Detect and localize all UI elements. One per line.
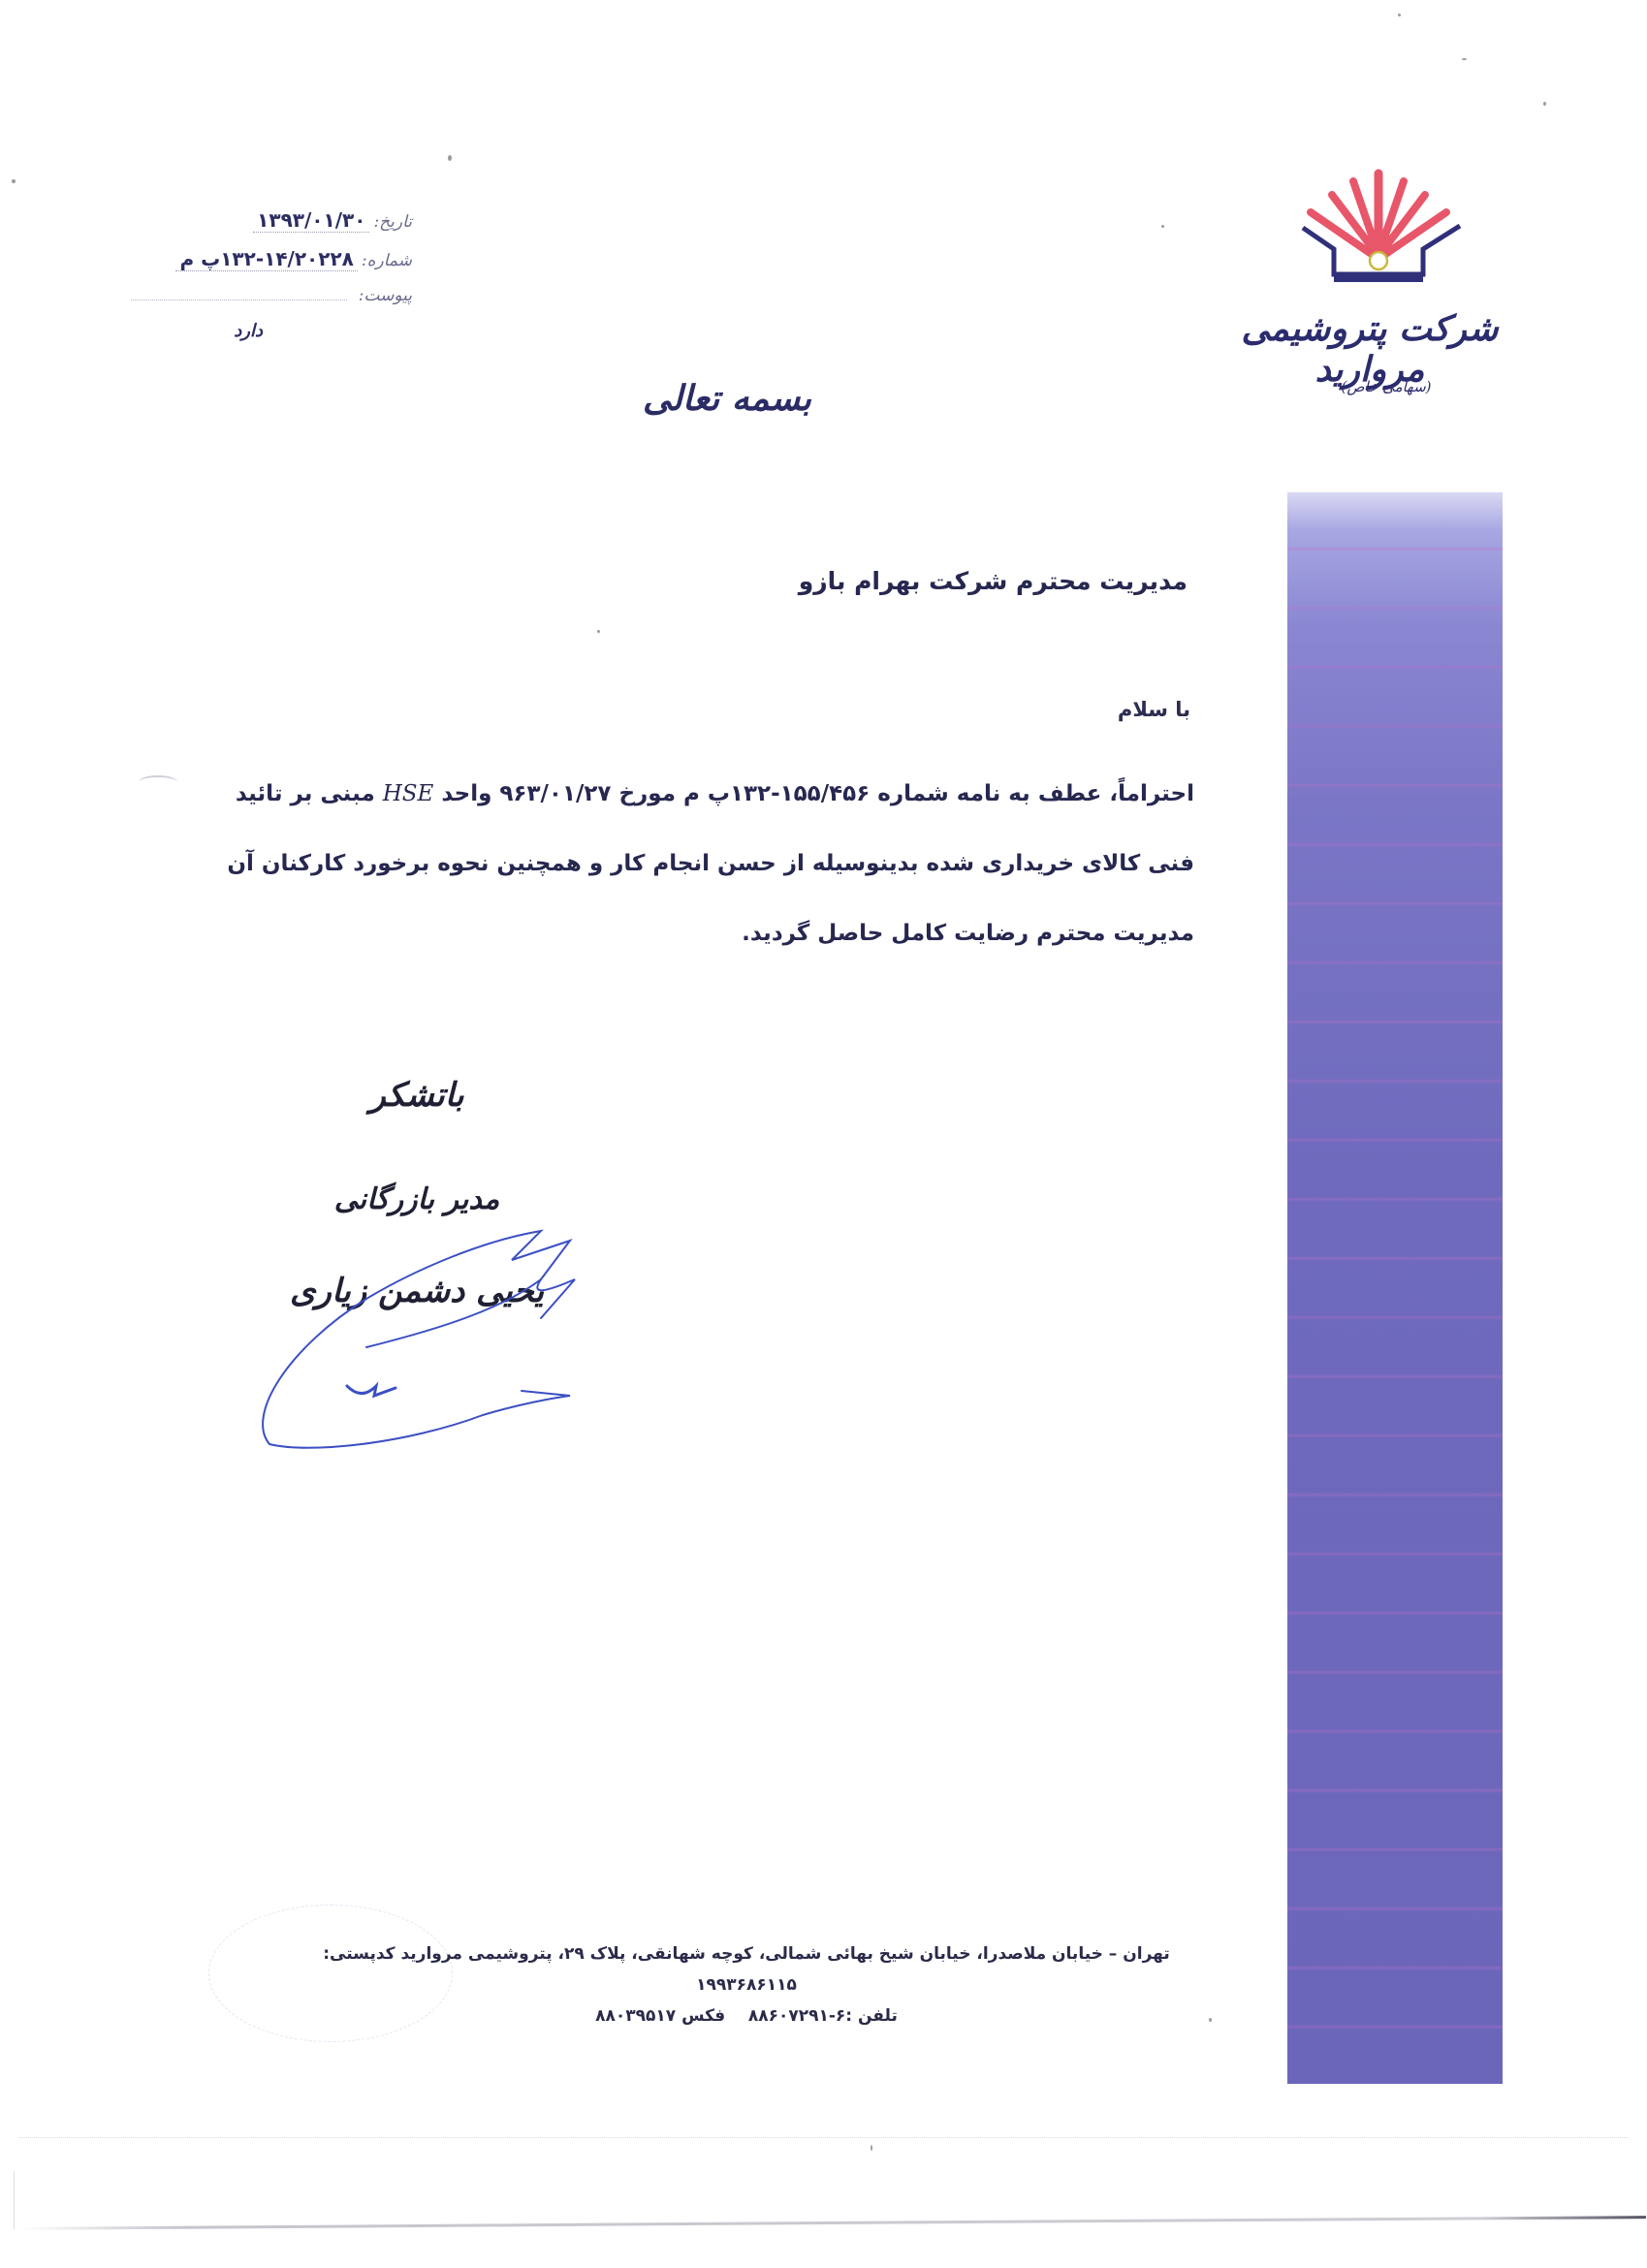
attachment-value: دارد (230, 321, 267, 341)
letter-body: احتراماً، عطف به نامه شماره ۱۵۵/۴۵۶-۱۳۲پ… (225, 759, 1194, 968)
number-row: شماره: ۱۳۲-۱۴/۲۰۲۲۸پ م (131, 247, 412, 286)
date-row: تاریخ: ۱۳۹۳/۰۱/۳۰ (131, 208, 412, 247)
body-line-1: احتراماً، عطف به نامه شماره ۱۵۵/۴۵۶-۱۳۲پ… (225, 759, 1194, 829)
phone-value: ۶-۸۸۶۰۷۲۹۱ (748, 2006, 845, 2026)
invocation-heading: بسمه تعالی (640, 378, 814, 419)
scan-speck (597, 630, 600, 633)
closing-text: باتشکر (271, 1056, 562, 1163)
attachment-value-row: دارد (131, 307, 412, 327)
body-line-1-part-2: مبنی بر تائید (236, 781, 383, 806)
scan-page-edge (17, 2216, 1646, 2230)
footer-address: تهران – خیابان ملاصدرا، خیابان شیخ بهائی… (281, 1938, 1212, 2032)
handwritten-signature-icon (250, 1202, 580, 1464)
body-line-3: مدیریت محترم رضایت کامل حاصل گردید. (225, 898, 1194, 968)
letter-page: شرکت پتروشیمی مروارید (سهامی خاص) تاریخ:… (0, 0, 1647, 2268)
body-line-2: فنی کالای خریداری شده بدینوسیله از حسن ا… (225, 829, 1194, 898)
date-label: تاریخ: (373, 212, 412, 232)
fax-label: فکس (681, 2006, 725, 2026)
attachment-dotted-line (131, 299, 347, 300)
number-value: ۱۳۲-۱۴/۲۰۲۲۸پ م (175, 247, 357, 271)
hse-abbreviation: HSE (383, 781, 434, 806)
scan-speck (1398, 14, 1401, 16)
scan-speck (1209, 2018, 1212, 2022)
date-value: ۱۳۹۳/۰۱/۳۰ (253, 208, 369, 233)
petrochemical-shell-logo-icon (1295, 160, 1465, 296)
scan-speck (1543, 102, 1546, 106)
decorative-side-stripe (1287, 492, 1503, 2084)
phone-label: تلفن : (845, 2006, 898, 2026)
greeting: با سلام (969, 698, 1190, 721)
scan-speck (871, 2145, 872, 2151)
contact-line: تلفن :۶-۸۸۶۰۷۲۹۱ فکس ۸۸۰۳۹۵۱۷ (281, 2000, 1212, 2032)
attachment-label: پیوست: (359, 286, 412, 305)
scan-speck (12, 179, 16, 183)
company-type: (سهامی خاص) (1328, 378, 1444, 395)
number-label: شماره: (362, 251, 412, 270)
scan-left-edge (14, 2171, 15, 2229)
scan-dotted-line (19, 2137, 1629, 2138)
scan-pen-mark (139, 775, 177, 789)
scan-speck (448, 155, 452, 161)
addressee: مدیریت محترم شرکت بهرام بازو (795, 567, 1188, 595)
address-line: تهران – خیابان ملاصدرا، خیابان شیخ بهائی… (281, 1938, 1212, 2000)
scan-speck (1161, 225, 1164, 228)
fax-value: ۸۸۰۳۹۵۱۷ (595, 2006, 676, 2026)
scan-speck (1462, 58, 1467, 60)
body-line-1-part-1: احتراماً، عطف به نامه شماره ۱۵۵/۴۵۶-۱۳۲پ… (433, 781, 1194, 806)
letter-meta: تاریخ: ۱۳۹۳/۰۱/۳۰ شماره: ۱۳۲-۱۴/۲۰۲۲۸پ م… (131, 208, 412, 327)
